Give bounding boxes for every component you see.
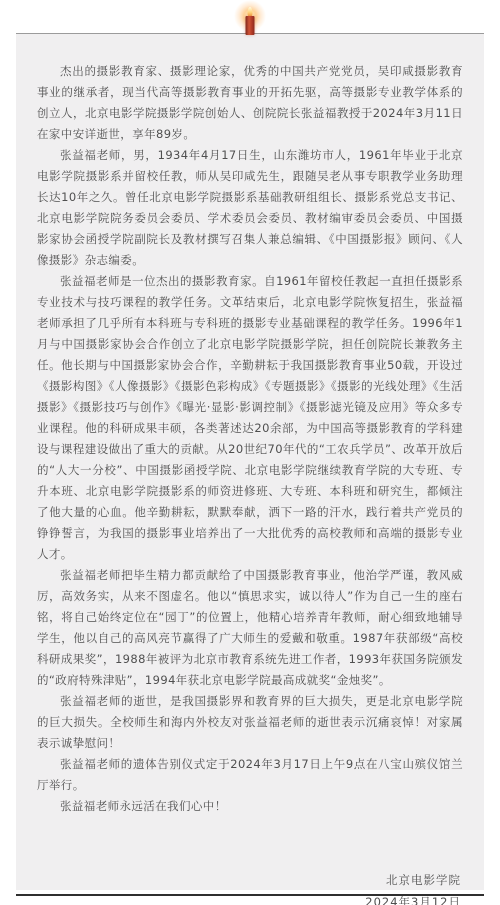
obituary-paragraph-bio: 张益福老师，男，1934年4月17日生，山东潍坊市人，1961年毕业于北京电影学… [37, 145, 463, 271]
signature-org: 北京电影学院 [37, 869, 461, 891]
obituary-paragraph-condolence: 张益福老师的逝世，是我国摄影界和教育界的巨大损失，更是北京电影学院的巨大损失。全… [37, 691, 463, 754]
obituary-card: 杰出的摄影教育家、摄影理论家，优秀的中国共产党党员，吴印咸摄影教育事业的继承者，… [16, 34, 484, 890]
obituary-paragraph-career: 张益福老师是一位杰出的摄影教育家。自1961年留校任教起一直担任摄影系专业技术与… [37, 271, 463, 565]
candle-body [246, 16, 255, 35]
obituary-paragraph-closing: 张益福老师永远活在我们心中！ [37, 796, 463, 817]
obituary-paragraph-honors: 张益福老师把毕生精力都贡献给了中国摄影教育事业，他治学严谨，教风威厉，高效务实，… [37, 565, 463, 691]
obituary-paragraph-intro: 杰出的摄影教育家、摄影理论家，优秀的中国共产党党员，吴印咸摄影教育事业的继承者，… [37, 61, 463, 145]
candle-icon [233, 0, 267, 36]
bottom-divider [16, 894, 484, 896]
obituary-paragraph-ceremony: 张益福老师的遗体告别仪式定于2024年3月17日上午9点在八宝山殡仪馆兰厅举行。 [37, 754, 463, 796]
signature-block: 北京电影学院 2024年3月12日 [37, 869, 463, 905]
